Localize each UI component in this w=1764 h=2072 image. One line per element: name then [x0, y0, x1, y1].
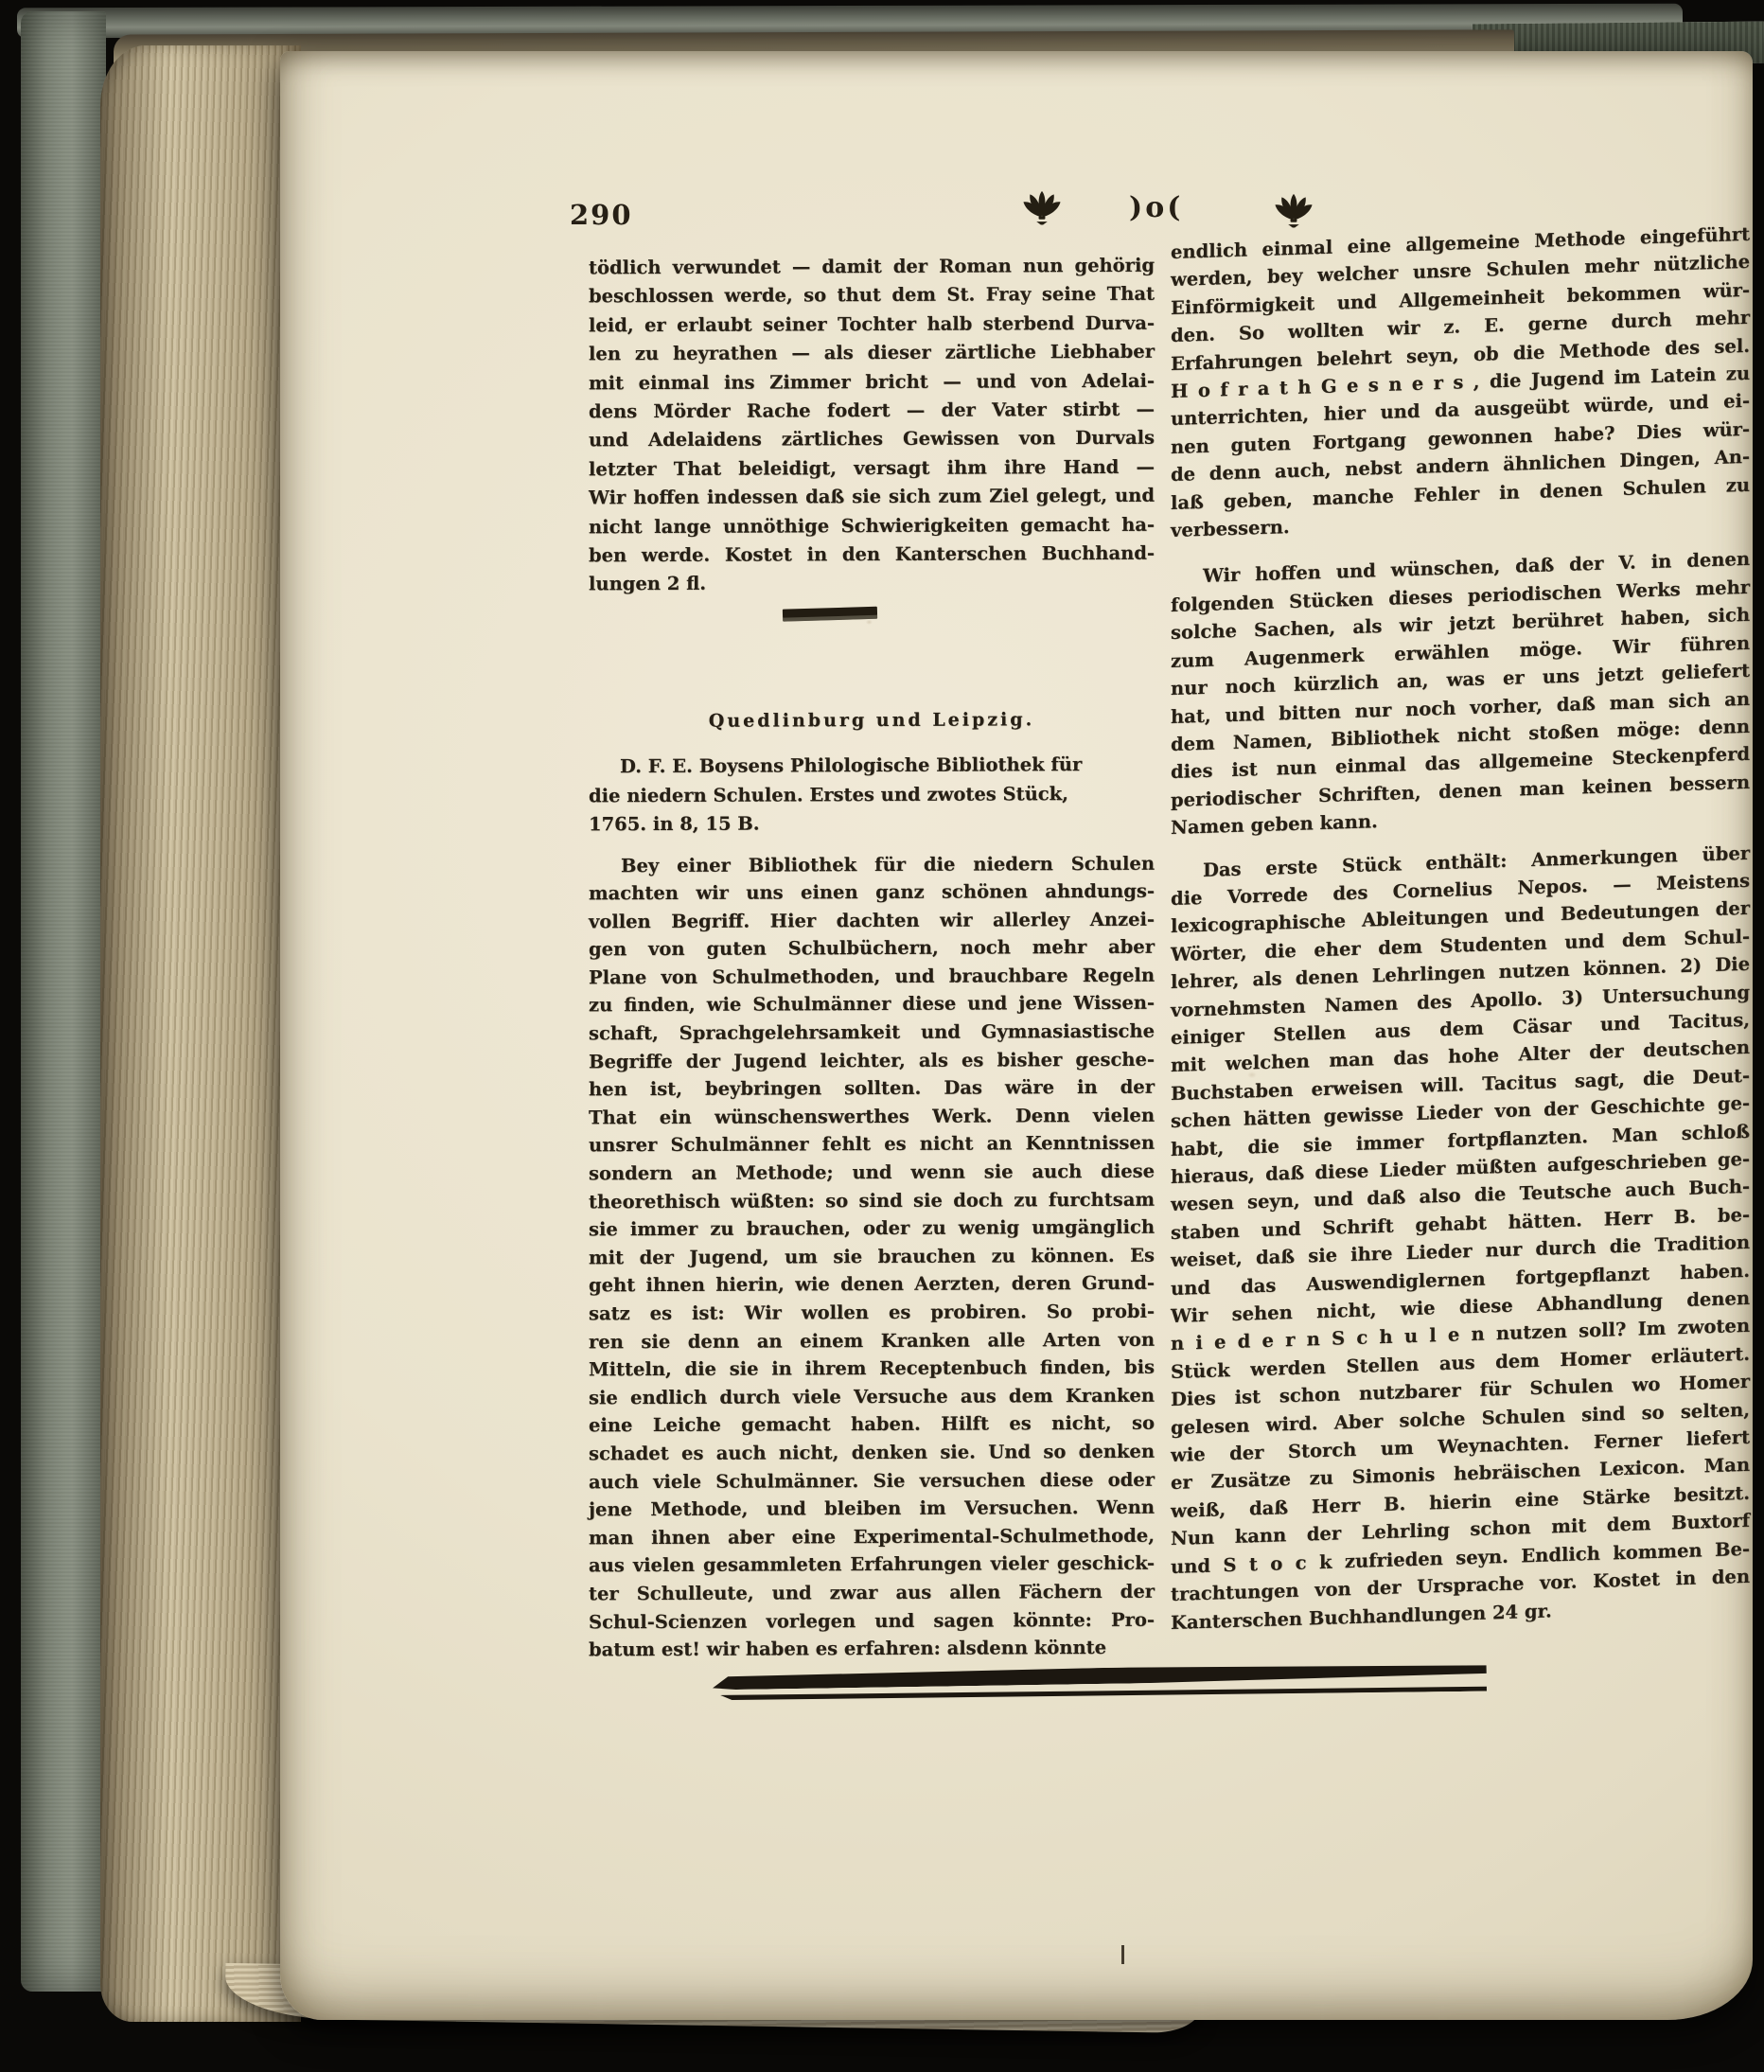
text-line: unsrer Schulmänner fehlt es nicht an Ken…	[589, 1129, 1155, 1160]
text-line: zu finden, wie Schulmänner diese und jen…	[589, 989, 1155, 1019]
text-line: nicht lange unnöthige Schwierigkeiten ge…	[589, 510, 1155, 541]
end-rule-thick-bar	[713, 1662, 1487, 1691]
text-line: letzter That beleidigt, versagt ihm ihre…	[589, 453, 1155, 485]
text-line: gen von guten Schulbüchern, noch mehr ab…	[589, 933, 1155, 964]
text-line: jene Methode, und bleiben im Versuchen. …	[589, 1494, 1155, 1524]
book-citation: D. F. E. Boysens Philologische Bibliothe…	[589, 751, 1155, 840]
text-line: aus vielen gesammleten Erfahrungen viele…	[589, 1550, 1155, 1580]
text-line: schaft, Sprachgelehrsamkeit und Gymnasia…	[589, 1018, 1155, 1048]
text-line: ter Schulleute, und zwar aus allen Fäche…	[589, 1578, 1155, 1608]
text-line: mit der Jugend, um sie brauchen zu könne…	[589, 1242, 1155, 1272]
text-line: Schul-Scienzen vorlegen und sagen könnte…	[589, 1605, 1155, 1636]
text-line: sondern an Methode; und wenn sie auch di…	[589, 1158, 1155, 1188]
section-heading: Quedlinburg und Leipzig.	[589, 705, 1155, 736]
paragraph-review-continuation: tödlich verwundet — damit der Roman nun …	[589, 252, 1155, 599]
paragraph-contents: Das erste Stück enthält: Anmerkungen übe…	[1171, 839, 1750, 1637]
book-page: 290 )o( t	[280, 51, 1753, 2020]
text-line: ben werde. Kostet in den Kanterschen Buc…	[589, 540, 1155, 571]
fleuron-shell-icon	[1272, 190, 1315, 228]
text-column-left: tödlich verwundet — damit der Roman nun …	[589, 252, 1155, 1664]
text-line: tödlich verwundet — damit der Roman nun …	[589, 252, 1155, 283]
text-line: len zu heyrathen — als dieser zärtliche …	[589, 338, 1155, 369]
text-line: machten wir uns einen ganz schönen ahndu…	[589, 877, 1155, 908]
text-line: Wir hoffen indessen daß sie sich zum Zie…	[589, 482, 1155, 513]
text-line: hen ist, beybringen sollten. Das wäre in…	[589, 1073, 1155, 1104]
text-line: Mitteln, die sie in ihrem Receptenbuch f…	[589, 1354, 1155, 1384]
page-number: 290	[570, 199, 633, 231]
text-line: ren sie denn an einem Kranken alle Arten…	[589, 1325, 1155, 1355]
text-line: D. F. E. Boysens Philologische Bibliothe…	[589, 751, 1155, 782]
text-line: die niedern Schulen. Erstes und zwotes S…	[589, 779, 1155, 810]
text-line: Plane von Schulmethoden, und brauchbare …	[589, 962, 1155, 992]
text-line: eine Leiche gemacht haben. Hilft es nich…	[589, 1409, 1155, 1440]
text-line: batum est! wir haben es erfahren: alsden…	[589, 1634, 1155, 1664]
text-line: satz es ist: Wir wollen es probiren. So …	[589, 1298, 1155, 1328]
text-line: mit einmal ins Zimmer bricht — und von A…	[589, 366, 1155, 398]
text-line: leid, er erlaubt seiner Tochter halb ste…	[589, 310, 1155, 341]
text-line: Bey einer Bibliothek für die niedern Sch…	[589, 849, 1155, 879]
text-line: theorethisch wüßten: so sind sie doch zu…	[589, 1185, 1155, 1215]
text-line: auch viele Schulmänner. Sie versuchen di…	[589, 1465, 1155, 1496]
text-line: That ein wünschenswerthes Werk. Denn vie…	[589, 1102, 1155, 1132]
book-cover-left	[21, 11, 106, 1992]
text-line: vollen Begriff. Hier dachten wir allerle…	[589, 905, 1155, 935]
text-line: Begriffe der Jugend leichter, als es bis…	[589, 1045, 1155, 1075]
press-mark	[1121, 1945, 1124, 1964]
text-line: schadet es auch nicht, denken sie. Und s…	[589, 1438, 1155, 1468]
text-line: 1765. in 8, 15 B.	[589, 808, 1155, 840]
paragraph-review-body: Bey einer Bibliothek für die niedern Sch…	[589, 849, 1155, 1664]
text-column-right: endlich einmal eine allgemeine Methode e…	[1171, 221, 1750, 1637]
text-line: sie endlich durch viele Versuche aus dem…	[589, 1381, 1155, 1411]
section-divider-rule	[783, 607, 877, 622]
text-line: dens Mörder Rache fodert — der Vater sti…	[589, 396, 1155, 427]
signature-mark: )o(	[1129, 191, 1183, 224]
paragraph-method-continuation: endlich einmal eine allgemeine Methode e…	[1171, 221, 1750, 545]
text-line: sie immer zu brauchen, oder zu wenig umg…	[589, 1213, 1155, 1244]
text-line: man ihnen aber eine Experimental-Schulme…	[589, 1521, 1155, 1551]
end-rule	[713, 1660, 1487, 1707]
paragraph-hopes: Wir hoffen und wünschen, daß der V. in d…	[1171, 545, 1750, 841]
page-stack-fore-edge	[100, 45, 301, 2022]
text-line: beschlossen werde, so thut dem St. Fray …	[589, 280, 1155, 311]
text-line: lungen 2 fl.	[589, 568, 1155, 599]
fleuron-shell-icon	[1020, 187, 1064, 225]
text-line: und Adelaidens zärtliches Gewissen von D…	[589, 424, 1155, 455]
book-scan: 290 )o( t	[0, 0, 1764, 2072]
text-line: geht ihnen hierin, wie denen Aerzten, de…	[589, 1269, 1155, 1300]
